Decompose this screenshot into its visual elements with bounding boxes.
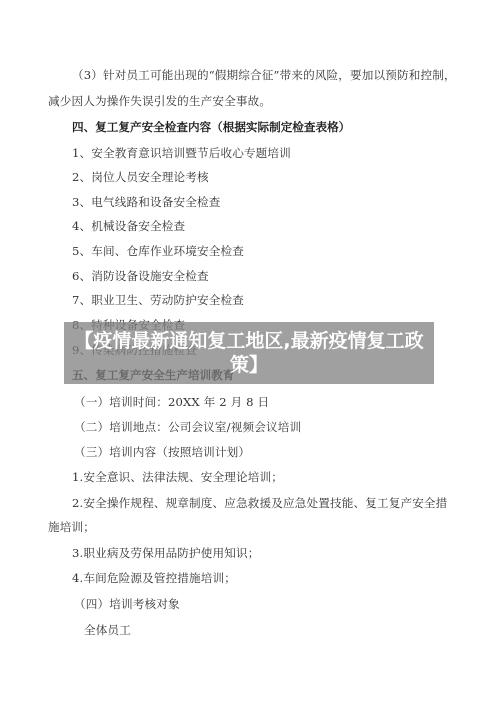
training-content-item-2-cont: 施培训； — [48, 519, 95, 535]
training-location: （二）培训地点：公司会议室/视频会议培训 — [74, 419, 301, 435]
training-content-item-1: 1.安全意识、法律法规、安全理论培训； — [72, 469, 283, 485]
section-4-heading: 四、复工复产安全检查内容（根据实际制定检查表格） — [72, 119, 350, 135]
training-target-heading: （四）培训考核对象 — [74, 596, 180, 612]
title-overlay-banner: 【疫情最新通知复工地区,最新疫情复工政策】 — [64, 322, 434, 384]
training-time: （一）培训时间：20XX 年 2 月 8 日 — [74, 394, 269, 410]
paragraph-3-line-2: 减少因人为操作失误引发的生产安全事故。 — [48, 93, 271, 109]
training-content-heading: （三）培训内容（按照培训计划） — [74, 444, 250, 460]
section-4-item-5: 5、车间、仓库作业环境安全检查 — [72, 243, 244, 259]
section-4-item-7: 7、职业卫生、劳动防护安全检查 — [72, 292, 244, 308]
training-content-item-3: 3.职业病及劳保用品防护使用知识； — [72, 545, 260, 561]
training-target-value: 全体员工 — [84, 622, 131, 638]
document-page: （3）针对员工可能出现的“假期综合征”带来的风险，要加以预防和控制， 减少因人为… — [0, 0, 500, 707]
training-content-item-4: 4.车间危险源及管控措施培训； — [72, 570, 236, 586]
paragraph-3-line-1: （3）针对员工可能出现的“假期综合征”带来的风险，要加以预防和控制， — [72, 67, 456, 83]
section-4-item-2: 2、岗位人员安全理论考核 — [72, 169, 209, 185]
training-content-item-2: 2.安全操作规程、规章制度、应急救援及应急处置技能、复工复产安全措 — [72, 495, 447, 511]
section-4-item-3: 3、电气线路和设备安全检查 — [72, 194, 220, 210]
section-4-item-6: 6、消防设备设施安全检查 — [72, 268, 209, 284]
section-4-item-1: 1、安全教育意识培训暨节后收心专题培训 — [72, 145, 291, 161]
banner-title: 【疫情最新通知复工地区,最新疫情复工政策】 — [74, 329, 424, 377]
section-4-item-4: 4、机械设备安全检查 — [72, 218, 185, 234]
